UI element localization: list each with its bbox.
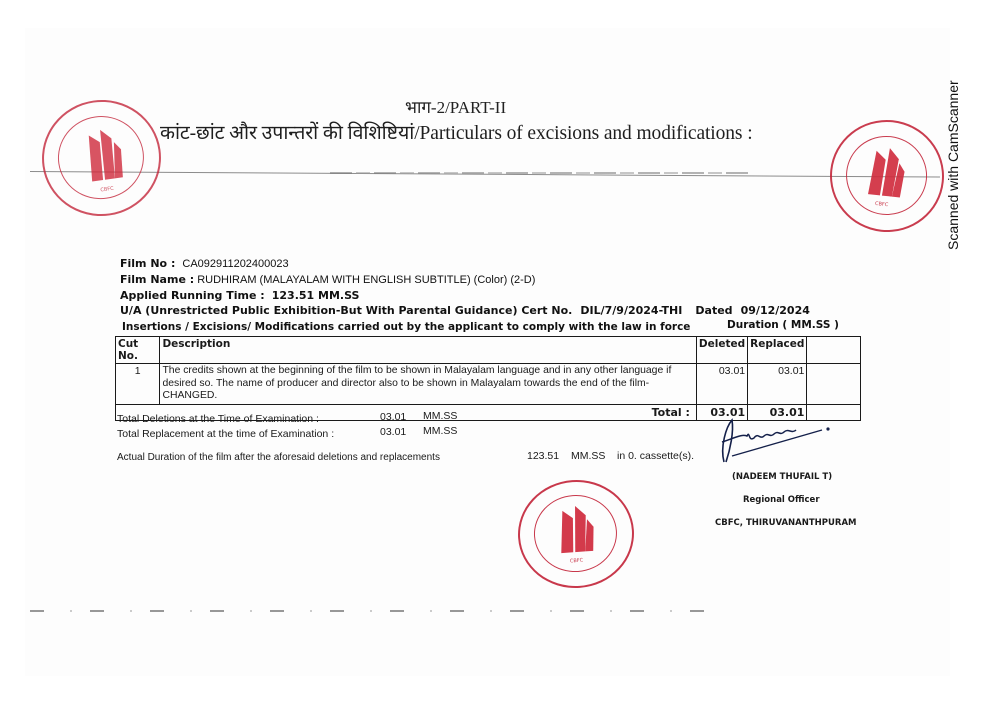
col-replaced: Replaced: [748, 337, 807, 364]
certificate-line: U/A (Unrestricted Public Exhibition-But …: [120, 304, 572, 317]
svg-text:CBFC: CBFC: [875, 201, 889, 208]
total-deletions-value: 03.01: [380, 411, 406, 423]
col-blank: [807, 337, 861, 364]
cell-cut-no: 1: [116, 364, 160, 405]
film-no-row: Film No : CA092911202400023: [120, 257, 289, 270]
running-time-value: 123.51 MM.SS: [272, 289, 360, 302]
part-label: भाग-2/PART-II: [405, 95, 506, 118]
col-deleted: Deleted: [696, 337, 747, 364]
cbfc-logo-icon: CBFC: [827, 117, 948, 236]
cbfc-stamp-right: CBFC: [824, 114, 949, 237]
table-header-row: Cut No. Description Deleted Replaced: [116, 337, 861, 364]
running-time-row: Applied Running Time : 123.51 MM.SS: [120, 289, 359, 302]
cell-description: The credits shown at the beginning of th…: [160, 364, 696, 405]
duration-heading: Duration ( MM.SS ): [727, 319, 839, 331]
col-cut-no: Cut No.: [116, 337, 160, 364]
bottom-scan-noise: [30, 610, 730, 612]
cassettes-text: in 0. cassette(s).: [617, 450, 694, 462]
modifications-table: Cut No. Description Deleted Replaced 1 T…: [115, 336, 861, 421]
modifications-heading: Insertions / Excisions/ Modifications ca…: [122, 321, 690, 333]
film-no-label: Film No :: [120, 257, 175, 270]
film-name-label: Film Name :: [120, 273, 194, 286]
cbfc-logo-icon: CBFC: [37, 95, 166, 222]
film-name-value: RUDHIRAM (MALAYALAM WITH ENGLISH SUBTITL…: [197, 274, 535, 286]
svg-text:CBFC: CBFC: [100, 186, 114, 194]
signature-scribble: [712, 412, 832, 467]
actual-duration-unit: MM.SS: [571, 450, 605, 462]
cert-no-value: DIL/7/9/2024-THI: [580, 304, 682, 317]
total-deletions-unit: MM.SS: [423, 410, 457, 422]
officer-name: (NADEEM THUFAIL T): [732, 472, 832, 482]
actual-duration-value: 123.51: [527, 450, 559, 462]
col-description: Description: [160, 337, 696, 364]
divider-line-noise: [330, 172, 750, 174]
cbfc-logo-icon: CBFC: [517, 478, 636, 590]
certificate-row: U/A (Unrestricted Public Exhibition-But …: [120, 304, 810, 317]
svg-text:CBFC: CBFC: [570, 558, 584, 565]
cell-deleted: 03.01: [696, 364, 747, 405]
camscanner-watermark: Scanned with CamScanner: [945, 80, 961, 250]
total-deletions-label: Total Deletions at the Time of Examinati…: [117, 413, 319, 425]
film-name-row: Film Name : RUDHIRAM (MALAYALAM WITH ENG…: [120, 273, 535, 286]
cell-blank: [807, 364, 861, 405]
total-replacement-value: 03.01: [380, 426, 406, 438]
particulars-title: कांट-छांट और उपान्तरों की विशिष्टियां/Pa…: [160, 118, 753, 145]
cbfc-stamp-left: CBFC: [35, 92, 169, 223]
dated-label: Dated: [695, 304, 732, 317]
cell-replaced: 03.01: [748, 364, 807, 405]
actual-duration-label: Actual Duration of the film after the af…: [117, 452, 440, 463]
cbfc-stamp-bottom: CBFC: [514, 476, 637, 592]
officer-office: CBFC, THIRUVANANTHPURAM: [715, 518, 856, 528]
table-row: 1 The credits shown at the beginning of …: [116, 364, 861, 405]
dated-value: 09/12/2024: [741, 304, 810, 317]
officer-designation: Regional Officer: [743, 495, 820, 505]
running-time-label: Applied Running Time :: [120, 289, 265, 302]
total-replacement-unit: MM.SS: [423, 425, 457, 437]
total-replacement-label: Total Replacement at the time of Examina…: [117, 428, 334, 440]
film-no-value: CA092911202400023: [182, 258, 288, 270]
